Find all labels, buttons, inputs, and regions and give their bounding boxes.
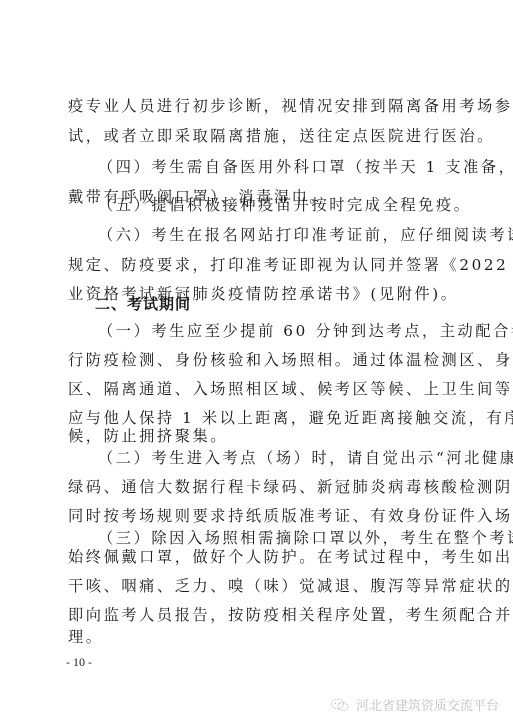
text-line: （三）除因入场照相需摘除口罩以外，考生在整个考试期间 xyxy=(98,528,452,548)
document-page: 疫专业人员进行初步诊断，视情况安排到隔离备用考场参加笔 试，或者立即采取隔离措施… xyxy=(0,0,513,728)
text-line: 疫专业人员进行初步诊断，视情况安排到隔离备用考场参加笔 xyxy=(68,96,452,116)
text-line: 绿码、通信大数据行程卡绿码、新冠肺炎病毒核酸检测阴性证明， xyxy=(68,477,452,497)
text-line: 理。 xyxy=(68,627,452,647)
watermark: 河北省建筑资质交流平台 xyxy=(330,695,499,714)
text-line: 即向监考人员报告，按防疫相关程序处置，考生须配合并服从管 xyxy=(68,605,452,625)
text-line: 区、隔离通道、入场照相区域、候考区等候、上卫生间等环节时， xyxy=(68,379,452,399)
text-line: （四）考生需自备医用外科口罩（按半天 1 支准备，禁止佩 xyxy=(98,157,452,177)
page-number: - 10 - xyxy=(66,655,92,670)
text-line: （二）考生进入考点（场）时，请自觉出示“河北健康码” xyxy=(98,448,452,468)
text-line: （六）考生在报名网站打印准考证前，应仔细阅读考试相关 xyxy=(98,225,452,245)
text-line: （五）提倡积极接种疫苗并按时完成全程免疫。 xyxy=(98,195,452,215)
wechat-icon xyxy=(330,698,350,712)
text-line: 同时按考场规则要求持纸质版准考证、有效身份证件入场。 xyxy=(68,506,452,526)
text-line: 行防疫检测、身份核验和入场照相。通过体温检测区、身份验证 xyxy=(68,350,452,370)
text-line: （一）考生应至少提前 60 分钟到达考点，主动配合考点进 xyxy=(98,321,452,341)
text-line: 应与他人保持 1 米以上距离，避免近距离接触交流，有序排队等 xyxy=(68,408,452,428)
text-line: 始终佩戴口罩，做好个人防护。在考试过程中，考生如出现发热、 xyxy=(68,547,452,567)
text-line: 干咳、咽痛、乏力、嗅（味）觉减退、腹泻等异常症状的，应立 xyxy=(68,576,452,596)
text-line: 候，防止拥挤聚集。 xyxy=(68,426,452,446)
text-line: 规定、防疫要求，打印准考证即视为认同并签署《2022 年度职 xyxy=(68,255,452,275)
watermark-text: 河北省建筑资质交流平台 xyxy=(356,695,499,714)
section-heading: 二、考试期间 xyxy=(95,294,191,314)
text-line: 试，或者立即采取隔离措施，送往定点医院进行医治。 xyxy=(68,126,452,146)
